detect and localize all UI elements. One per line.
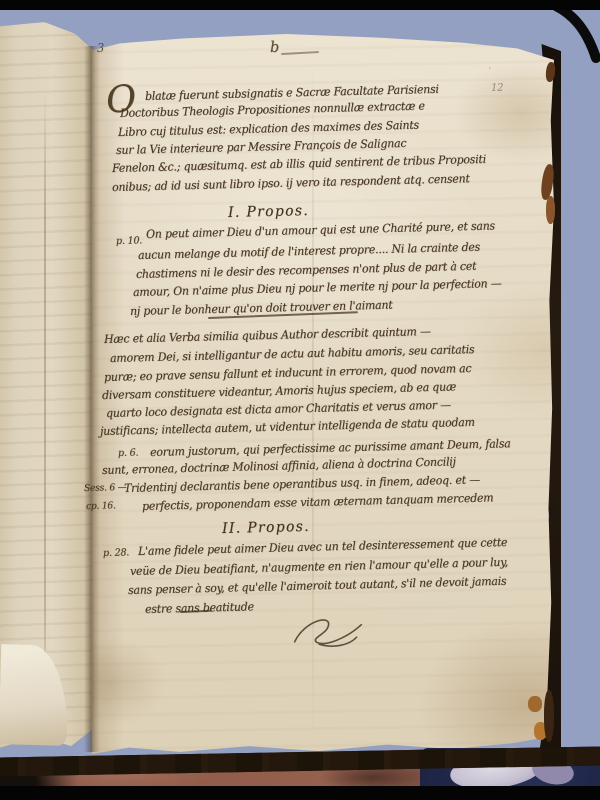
torn-leather: [544, 690, 554, 742]
margin-note: Sess. 6 —: [84, 483, 127, 494]
black-bar-bottom: [0, 786, 600, 800]
manuscript-line: estre sans beatitude: [145, 601, 254, 615]
section-heading-1: I. Propos.: [228, 204, 309, 220]
page-number: 3: [97, 42, 104, 54]
notary-flourish: [286, 608, 374, 659]
pencil-folio-number: 12: [491, 83, 504, 94]
torn-leather: [528, 696, 542, 712]
margin-note: p. 10.: [116, 236, 142, 247]
quire-mark: b: [270, 40, 279, 55]
black-bar-top: [0, 0, 600, 10]
margin-note: p. 28.: [103, 548, 129, 559]
torn-leather: [546, 196, 555, 224]
section-heading-2: II. Propos.: [222, 520, 310, 537]
margin-note: cp. 16.: [86, 501, 116, 511]
manuscript-photograph: 3 b ′ 12 O blatæ fuerunt subsignatis e S…: [0, 0, 600, 800]
book-gutter: [84, 46, 100, 752]
facing-page-crease: [44, 90, 46, 730]
power-cable: [538, 6, 600, 66]
margin-note: p. 6.: [118, 449, 138, 459]
pencil-tick: ′: [489, 68, 491, 77]
facing-page: [0, 22, 96, 752]
